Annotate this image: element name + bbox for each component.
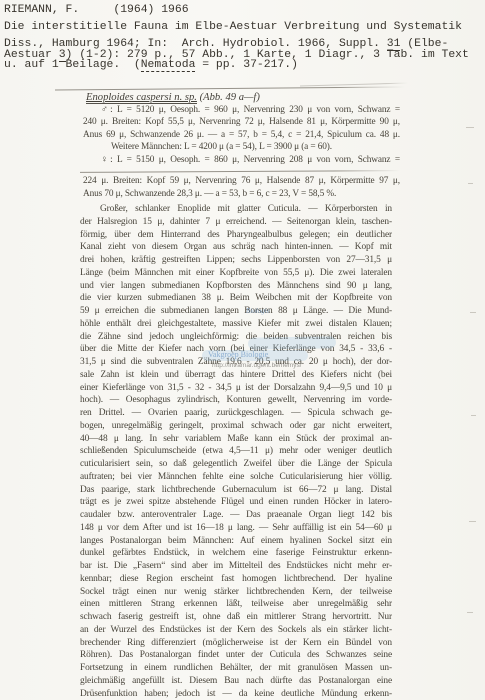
description-line: höhle enthält drei gleichgestaltete, mas… bbox=[80, 318, 392, 331]
measurement-line: 240 μ. Breiten: Kopf 55,5 μ, Nervenring … bbox=[83, 116, 400, 128]
description-line: Sockel trägt einen nur wenig stärker lic… bbox=[80, 586, 392, 599]
citation-line: RIEMANN, F. (1964) 1966 bbox=[4, 5, 483, 16]
measurement-line: Anus 70 μ, Schwanzende 28,3 μ. — a = 53,… bbox=[83, 188, 400, 201]
measurement-line: ♀: L = 5150 μ, Oesoph. = 860 μ, Nervenri… bbox=[83, 154, 400, 166]
description-line: förmig, über dem Hinterrand des Pharynge… bbox=[80, 229, 392, 242]
citation-block: RIEMANN, F. (1964) 1966Die interstitiell… bbox=[4, 5, 483, 71]
description-line: einer Kieferlänge von 31,5 - 32 - 34,5 μ… bbox=[80, 382, 392, 395]
description-line: hoch). — Oesophagus zylindrisch, Konture… bbox=[80, 394, 392, 407]
citation-text: Die interstitielle Fauna im Elbe-Aestuar… bbox=[4, 21, 462, 33]
citation-text: RIEMANN, F. (1964) 1966 bbox=[4, 4, 189, 16]
citation-text: u. auf 1 Beilage. ( bbox=[4, 59, 141, 71]
description-line: auftraten; bei vier Männchen fehlte eine… bbox=[80, 471, 392, 484]
measurement-line: Weitere Männchen: L = 4200 μ (a = 54), L… bbox=[83, 141, 400, 153]
description-line: Das paarige, stark lichtbrechende Gubern… bbox=[80, 484, 392, 497]
citation-underlined-text: Nematoda bbox=[141, 59, 196, 72]
description-line: die vier kurzen submedianen 38 μ. Beim W… bbox=[80, 292, 392, 305]
description-line: der Halsregion 15 μ, dahinter 7 μ erreic… bbox=[80, 216, 392, 229]
scan-artifact bbox=[468, 183, 473, 184]
description-line: Fortsetzung in einem rundlichen Behälter… bbox=[80, 662, 392, 675]
scan-artifact bbox=[467, 612, 473, 613]
description-line: Kanal zieht von diesem Organ aus schräg … bbox=[80, 241, 392, 254]
description-line: Großer, schlanker Enoplide mit glatter C… bbox=[80, 203, 392, 216]
scan-artifact bbox=[469, 521, 476, 522]
description-line: brechender Ring differenziert (möglicher… bbox=[80, 637, 392, 650]
description-line: über die Mitte der Kiefer nach vorn (bei… bbox=[80, 343, 392, 356]
description-line: die Zähne sind jedoch ungleichförmig: di… bbox=[80, 331, 392, 344]
description-line: cuticularisiert sein, so daß gelegentlic… bbox=[80, 458, 392, 471]
figure-reference: (Abb. 49 a—f) bbox=[197, 92, 260, 103]
description-line: schließenden Spiculumscheide (etwa 4,5—1… bbox=[80, 445, 392, 458]
description-line: Röhren). Das Postanalorgan findet unter … bbox=[80, 649, 392, 662]
description-line: kennbar; diese Region erscheint fast hom… bbox=[80, 573, 392, 586]
description-line: drei hohen, kräftig gestreiften Lippen; … bbox=[80, 254, 392, 267]
separator-line-top bbox=[55, 86, 405, 90]
male-measurements: ♂: L = 5120 μ, Oesoph. = 960 μ, Nervenri… bbox=[83, 104, 400, 166]
description-line: Drüsenfunktion haben; jedoch ist — da ke… bbox=[80, 688, 392, 700]
species-heading: Enoploides caspersi n. sp. (Abb. 49 a—f) bbox=[86, 92, 260, 103]
citation-text: = pp. 37-217.) bbox=[195, 59, 298, 71]
description-line: 40—48 μ lang. In sehr variablem Maße kan… bbox=[80, 433, 392, 446]
scanned-document-page: RIEMANN, F. (1964) 1966Die interstitiell… bbox=[0, 0, 485, 700]
description-line: 31,5 μ sind die subventralen Zähne 19,6 … bbox=[80, 356, 392, 369]
description-line: gleichmäßig angefüllt ist. Diesem Bau na… bbox=[80, 675, 392, 688]
description-line: an der Wurzel des Endstückes ist der Ker… bbox=[80, 624, 392, 637]
description-line: langes Postanalorgan beim Männchen: Auf … bbox=[80, 535, 392, 548]
description-line: dunkel gefärbtes Endstück, in welchem ei… bbox=[80, 547, 392, 560]
measurement-line: 224 μ. Breiten: Kopf 59 μ, Nervenring 76… bbox=[83, 175, 400, 188]
species-description: Großer, schlanker Enoplide mit glatter C… bbox=[80, 203, 392, 700]
scan-artifact bbox=[470, 312, 476, 313]
description-line: bogen, unregelmäßig geringelt, proximal … bbox=[80, 420, 392, 433]
description-line: sale Zahn ist klein und überragt das hin… bbox=[80, 369, 392, 382]
description-line: Länge (beim Männchen mit einer Kopfbreit… bbox=[80, 267, 392, 280]
measurement-line: ♂: L = 5120 μ, Oesoph. = 960 μ, Nervenri… bbox=[83, 104, 400, 116]
scan-artifact bbox=[466, 127, 474, 128]
citation-line: Die interstitielle Fauna im Elbe-Aestuar… bbox=[4, 22, 483, 33]
description-line: trägt es je zwei spitze abstehende Flüge… bbox=[80, 496, 392, 509]
description-line: ren Drittel. — Ovarien paarig, zurückges… bbox=[80, 407, 392, 420]
description-line: einen mittleren Strang erkennen läßt, te… bbox=[80, 598, 392, 611]
description-line: 148 μ vor dem After und ist 16—18 μ lang… bbox=[80, 522, 392, 535]
description-line: bar ist. Die „Fasern“ sind aber im Mitte… bbox=[80, 560, 392, 573]
description-line: 59 μ erreichen die submedianen langen Bo… bbox=[80, 305, 392, 318]
citation-line: u. auf 1 Beilage. (Nematoda = pp. 37-217… bbox=[4, 60, 483, 71]
description-line: schwach faserig gestreift ist, ohne daß … bbox=[80, 611, 392, 624]
scan-artifact bbox=[471, 415, 476, 416]
description-line: caudaler bzw. anteroventraler Lage. — Da… bbox=[80, 509, 392, 522]
description-line: und vier langen submedianen Kopfborsten … bbox=[80, 280, 392, 293]
measurement-line: Anus 69 μ, Schwanzende 26 μ. — a = 57, b… bbox=[83, 129, 400, 141]
separator-line-mid bbox=[80, 170, 400, 173]
species-name: Enoploides caspersi n. sp. bbox=[86, 92, 197, 104]
female-measurements: 224 μ. Breiten: Kopf 59 μ, Nervenring 76… bbox=[83, 175, 400, 200]
